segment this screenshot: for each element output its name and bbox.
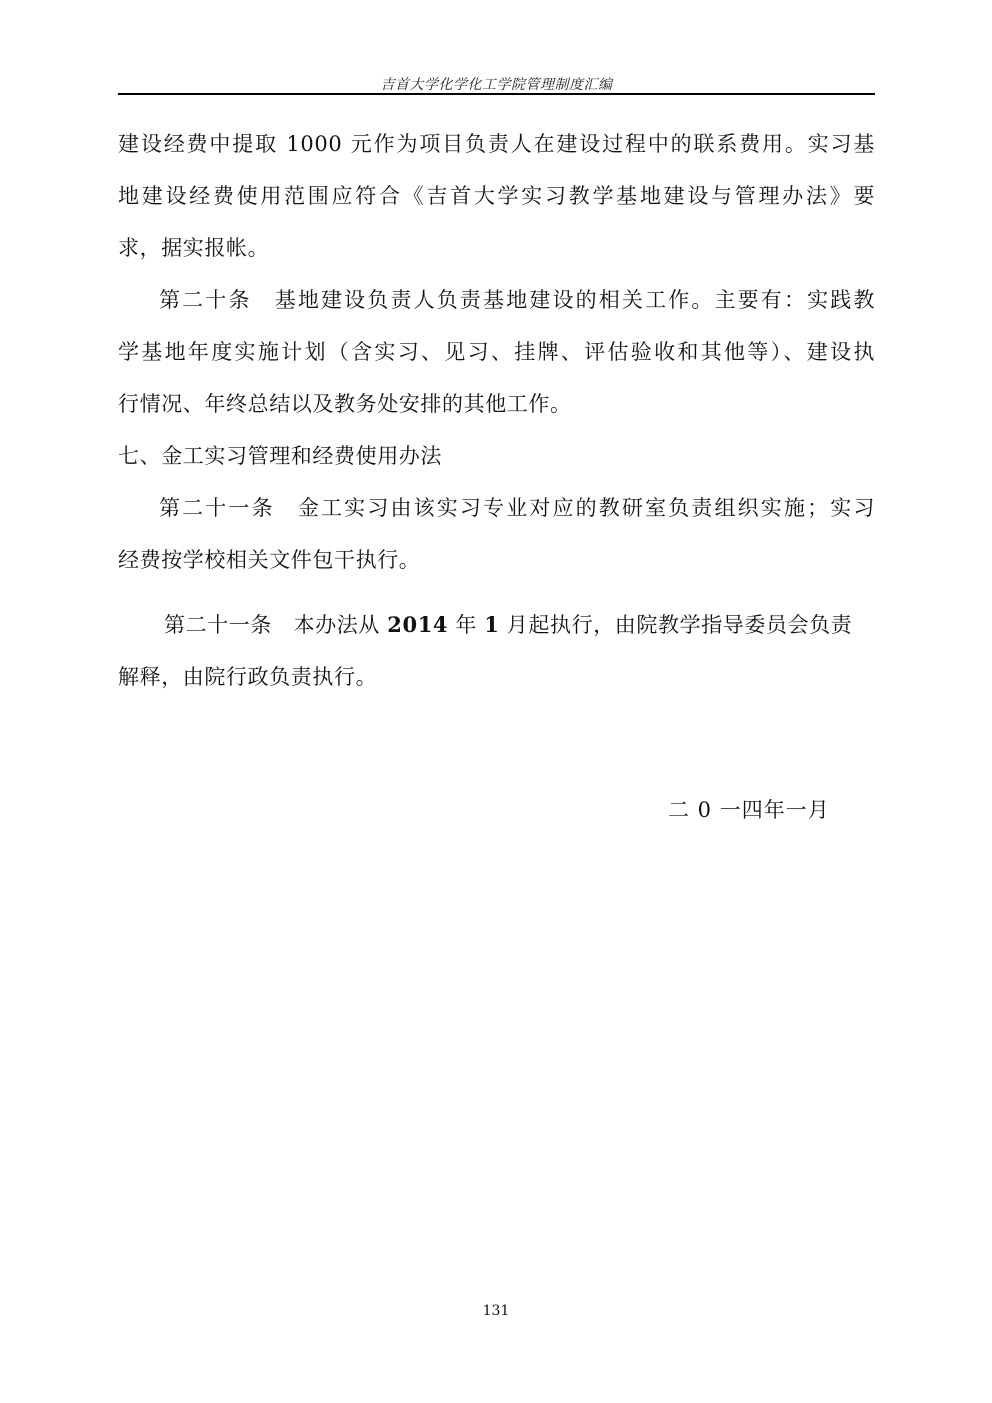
section-heading: 七、金工实习管理和经费使用办法 — [118, 443, 875, 469]
paragraph-line: 行情况、年终总结以及教务处安排的其他工作。 — [118, 391, 875, 417]
paragraph-line: 求，据实报帐。 — [118, 235, 875, 261]
final-article-prefix: 第二十一条 本办法从 — [164, 613, 387, 637]
paragraph-line: 经费按学校相关文件包干执行。 — [118, 547, 875, 573]
effective-year: 2014 — [387, 612, 448, 637]
final-article-mid1: 年 — [448, 613, 484, 637]
signature-date: 二 0 一四年一月 — [668, 794, 830, 824]
article-20-line: 第二十条 基地建设负责人负责基地建设的相关工作。主要有：实践教 — [159, 287, 875, 313]
effective-month: 1 — [484, 612, 499, 637]
header-divider — [118, 93, 875, 95]
page-number: 131 — [0, 1303, 992, 1319]
final-article-line: 第二十一条 本办法从 2014 年 1 月起执行，由院教学指导委员会负责 — [164, 612, 875, 638]
paragraph-line: 地建设经费使用范围应符合《吉首大学实习教学基地建设与管理办法》要 — [118, 183, 875, 209]
paragraph-line: 建设经费中提取 1000 元作为项目负责人在建设过程中的联系费用。实习基 — [118, 131, 875, 157]
article-21-line: 第二十一条 金工实习由该实习专业对应的教研室负责组织实施；实习 — [159, 495, 875, 521]
paragraph-line: 学基地年度实施计划（含实习、见习、挂牌、评估验收和其他等）、建设执 — [118, 339, 875, 365]
header-title: 吉首大学化学化工学院管理制度汇编 — [118, 74, 875, 94]
final-article-mid2: 月起执行，由院教学指导委员会负责 — [500, 613, 853, 637]
paragraph-line: 解释，由院行政负责执行。 — [118, 664, 875, 690]
